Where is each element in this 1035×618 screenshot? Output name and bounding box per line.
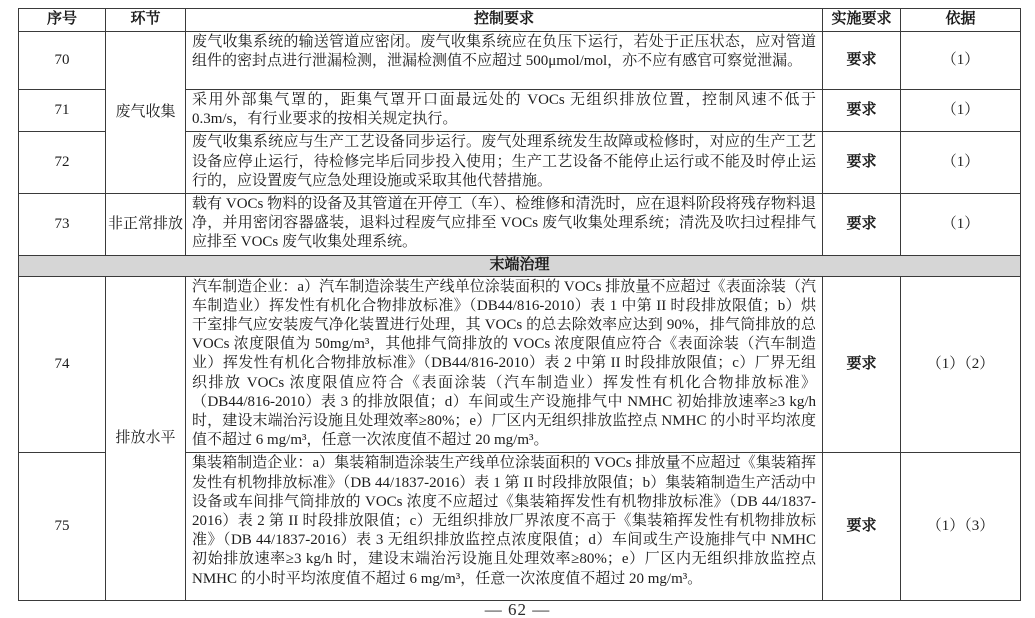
document-page: 序号 环节 控制要求 实施要求 依据 70 废气收集 废气收集系统的输送管道应密…: [0, 0, 1035, 618]
voc-control-requirements-table: 序号 环节 控制要求 实施要求 依据 70 废气收集 废气收集系统的输送管道应密…: [18, 8, 1021, 601]
row-75-number: 75: [19, 453, 106, 601]
row-70-number: 70: [19, 32, 106, 90]
row-72-requirement: 废气收集系统应与生产工艺设备同步运行。废气处理系统发生故障或检修时，对应的生产工…: [186, 132, 823, 194]
row-75-basis: （1）（3）: [901, 453, 1021, 601]
page-number: — 62 —: [0, 600, 1035, 618]
row-74-number: 74: [19, 276, 106, 453]
row-71-basis: （1）: [901, 90, 1021, 132]
header-no: 序号: [19, 9, 106, 32]
header-requirement: 控制要求: [186, 9, 823, 32]
row-73-implementation: 要求: [823, 194, 901, 256]
stage-gas-collection: 废气收集: [106, 32, 186, 194]
header-implementation: 实施要求: [823, 9, 901, 32]
table-row: 73 非正常排放 载有 VOCs 物料的设备及其管道在开停工（车）、检维修和清洗…: [19, 194, 1021, 256]
row-70-requirement: 废气收集系统的输送管道应密闭。废气收集系统应在负压下运行，若处于正压状态，应对管…: [186, 32, 823, 90]
row-72-implementation: 要求: [823, 132, 901, 194]
row-75-implementation: 要求: [823, 453, 901, 601]
row-70-implementation: 要求: [823, 32, 901, 90]
row-73-requirement: 载有 VOCs 物料的设备及其管道在开停工（车）、检维修和清洗时，应在退料阶段将…: [186, 194, 823, 256]
row-72-basis: （1）: [901, 132, 1021, 194]
row-74-implementation: 要求: [823, 276, 901, 453]
stage-abnormal-emission: 非正常排放: [106, 194, 186, 256]
stage-emission-level: 排放水平: [106, 276, 186, 601]
table-row: 74 排放水平 汽车制造企业：a）汽车制造涂装生产线单位涂装面积的 VOCs 排…: [19, 276, 1021, 453]
row-74-basis: （1）（2）: [901, 276, 1021, 453]
row-73-basis: （1）: [901, 194, 1021, 256]
header-stage: 环节: [106, 9, 186, 32]
header-basis: 依据: [901, 9, 1021, 32]
row-74-requirement: 汽车制造企业：a）汽车制造涂装生产线单位涂装面积的 VOCs 排放量不应超过《表…: [186, 276, 823, 453]
section-header-row: 末端治理: [19, 255, 1021, 276]
table-row: 70 废气收集 废气收集系统的输送管道应密闭。废气收集系统应在负压下运行，若处于…: [19, 32, 1021, 90]
row-71-implementation: 要求: [823, 90, 901, 132]
row-70-basis: （1）: [901, 32, 1021, 90]
row-72-number: 72: [19, 132, 106, 194]
row-71-number: 71: [19, 90, 106, 132]
row-73-number: 73: [19, 194, 106, 256]
table-header-row: 序号 环节 控制要求 实施要求 依据: [19, 9, 1021, 32]
section-header-end-treatment: 末端治理: [19, 255, 1021, 276]
row-71-requirement: 采用外部集气罩的，距集气罩开口面最远处的 VOCs 无组织排放位置，控制风速不低…: [186, 90, 823, 132]
row-75-requirement: 集装箱制造企业：a）集装箱制造涂装生产线单位涂装面积的 VOCs 排放量不应超过…: [186, 453, 823, 601]
